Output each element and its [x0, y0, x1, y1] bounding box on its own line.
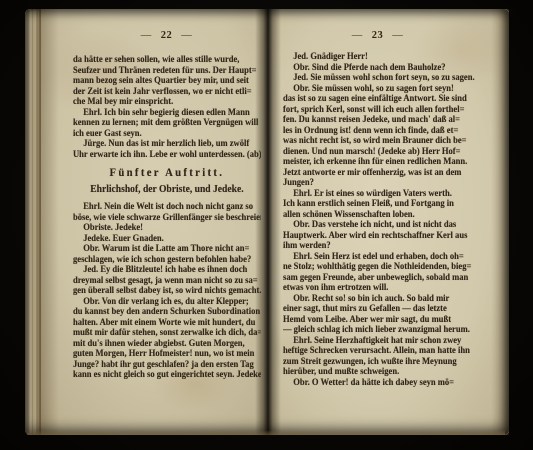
page-stack-edge-left — [25, 9, 41, 435]
text-line: Obr. Sind die Pferde nach dem Bauholze? — [283, 62, 475, 73]
text-line: — gleich schlag ich mich lieber zwanzigm… — [283, 324, 475, 335]
text-line: allen schönen Wissenschaften loben. — [283, 209, 475, 220]
text-line: etwas von ihm ertrotzen will. — [283, 282, 475, 293]
text-line: einer sagt, thut mirs zu Gefallen — das … — [283, 303, 475, 314]
text-line: fort, sprich Kerl, sonst will ich euch a… — [283, 104, 475, 115]
text-line: Obr. Sie müssen wohl, so zu sagen fort s… — [283, 83, 475, 94]
page-text-right: Jed. Gnädiger Herr!Obr. Sind die Pferde … — [283, 51, 475, 387]
text-line: meister, ich erkenne ihn für einen redli… — [283, 156, 475, 167]
text-line: Obr. Recht so! so bin ich auch. So bald … — [283, 293, 475, 304]
text-line: der Zeit ist kein Jahr verflossen, wo er… — [73, 86, 261, 97]
header-ornament: — — [181, 31, 192, 39]
text-line: Jed. Ey die Blitzleute! ich habe es ihne… — [73, 264, 261, 275]
header-ornament: — — [141, 31, 152, 39]
page-text-left: da hätte er sehen sollen, wie alles stil… — [73, 54, 261, 380]
text-line: che Mal bey mir einspricht. — [73, 96, 261, 107]
text-line: Ehrl. Sein Herz ist edel und erhaben, do… — [283, 251, 475, 262]
text-line: mit du's ihnen wieder abgiebst. Guten Mo… — [73, 338, 261, 349]
text-line: böse, wie viele schwarze Grillenfänger s… — [73, 212, 261, 223]
scene-characters-line: Ehrlichshof, der Obriste, und Jedeke. — [73, 183, 261, 196]
text-line: Ehrl. Er ist eines so würdigen Vaters we… — [283, 188, 475, 199]
text-line: Ehrl. Seine Herzhaftigkeit hat mir schon… — [283, 335, 475, 346]
text-line: halten. Aber mit einem Worte wie mit hun… — [73, 317, 261, 328]
scene-heading: Fünfter Auftritt. — [73, 166, 261, 180]
text-line: Jürge. Nun das ist mir herzlich lieb, um… — [73, 138, 261, 149]
text-line: Uhr erwarte ich ihn. Lebe er wohl unterd… — [73, 149, 261, 160]
text-line: was nicht recht ist, so wird mein Braune… — [283, 135, 475, 146]
page-number-left: 22 — [161, 30, 173, 41]
page-edge-shadow-left — [39, 9, 59, 435]
text-line: das ist so zu sagen eine einfältige Antw… — [283, 93, 475, 104]
text-line: da hätte er sehen sollen, wie alles stil… — [73, 54, 261, 65]
text-line: Obr. Warum ist die Latte am Thore nicht … — [73, 243, 261, 254]
text-line: gen überall selbst dabey ist, so wird ni… — [73, 285, 261, 296]
header-ornament: — — [392, 31, 403, 39]
text-line: heftige Schrecken verursacht. Allein, ma… — [283, 345, 475, 356]
page-right: —23— Jed. Gnädiger Herr!Obr. Sind die Pf… — [266, 9, 509, 435]
text-line: dienen. Und nun marsch! (Jedeke ab) Herr… — [283, 146, 475, 157]
text-line: Obr. Das verstehe ich nicht, und ist nic… — [283, 219, 475, 230]
text-line: geschlagen, wie ich schon gestern befohl… — [73, 254, 261, 265]
text-line: kennen zu lernen; mit dem größten Vergnü… — [73, 117, 261, 128]
text-line: Obr. Von dir verlang ich es, du alter Kl… — [73, 296, 261, 307]
text-line: Ich kann erstlich seinen Fleiß, und Fort… — [283, 198, 475, 209]
text-line: du kannst bey den andern Schurken Subord… — [73, 306, 261, 317]
text-line: zum Streit gezwungen, ich wußte ihre Mey… — [283, 356, 475, 367]
text-line: Ehrl. Ich bin sehr begierig diesen edlen… — [73, 107, 261, 118]
text-line: les in Ordnung ist! denn wenn ich finde,… — [283, 125, 475, 136]
text-line: mußt mir dafür stehen, sonst zerwalke ic… — [73, 327, 261, 338]
page-left: —22— da hätte er sehen sollen, wie alles… — [25, 9, 268, 435]
text-line: kann es nicht gleich so gut eingerichtet… — [73, 369, 261, 380]
book-photo: —22— da hätte er sehen sollen, wie alles… — [0, 0, 533, 450]
text-line: dreymal selbst gesagt, ja wenn man nicht… — [73, 275, 261, 286]
text-line: Obr. O Wetter! da hätte ich dabey seyn m… — [283, 377, 475, 388]
text-line: fen. Du kannst reisen Jedeke, und mach' … — [283, 114, 475, 125]
text-line: Jedeke. Euer Gnaden. — [73, 233, 261, 244]
text-line: ne Stolz; wohlthätig gegen die Nothleide… — [283, 261, 475, 272]
text-line: Ehrl. Nein die Welt ist doch noch nicht … — [73, 201, 261, 212]
text-line: sam gegen Freunde, aber unbeweglich, sob… — [283, 272, 475, 283]
text-line: Obriste. Jedeke! — [73, 222, 261, 233]
page-edge-shadow-right — [491, 9, 509, 435]
text-line: ihm werden? — [283, 240, 475, 251]
text-line: Jed. Sie müssen wohl schon fort seyn, so… — [283, 72, 475, 83]
open-book: —22— da hätte er sehen sollen, wie alles… — [25, 9, 509, 435]
text-line: Hauptwerk. Aber wird ein rechtschaffner … — [283, 230, 475, 241]
text-line: Junge? habt ihr gut geschlafen? ja den e… — [73, 359, 261, 370]
text-line: Jungen? — [283, 177, 475, 188]
page-header-right: —23— — [283, 30, 472, 41]
page-header-left: —22— — [73, 30, 260, 41]
text-line: ich euer Gast seyn. — [73, 128, 261, 139]
header-ornament: — — [352, 31, 363, 39]
page-number-right: 23 — [372, 30, 384, 41]
text-line: hierüber, und mußte schweigen. — [283, 366, 475, 377]
text-line: Jed. Gnädiger Herr! — [283, 51, 475, 62]
text-line: Hemd vom Leibe. Aber wer mir sagt, du mu… — [283, 314, 475, 325]
text-line: Seufzer und Thränen redeten für uns. Der… — [73, 65, 261, 76]
text-line: mann bezog sein altes Quartier bey mir, … — [73, 75, 261, 86]
text-line: Jetzt antworte er mir offenherzig, was i… — [283, 167, 475, 178]
text-line: guten Morgen, Herr Hofmeister! nun, wo i… — [73, 348, 261, 359]
